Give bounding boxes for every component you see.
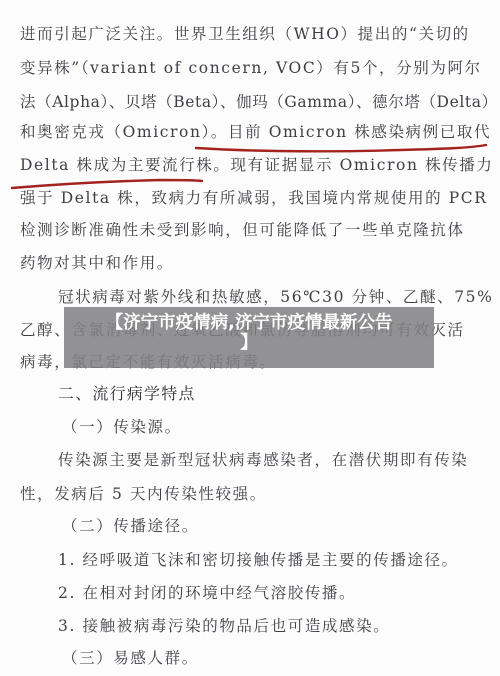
banner-title-line1: 【济宁市疫情病,济宁市疫情最新公告	[106, 313, 393, 333]
overlay-title-banner: 【济宁市疫情病,济宁市疫情最新公告 】	[64, 307, 434, 368]
subheading-source: （一）传染源。	[62, 417, 182, 437]
subheading-transmission: （二）传播途径。	[62, 516, 199, 536]
doc-line-9: 冠状病毒对紫外线和热敏感，56℃30 分钟、乙醚、75%	[58, 287, 493, 307]
doc-line-7: 检测诊断准确性未受到影响，但可能降低了一些单克隆抗体	[20, 220, 465, 240]
subheading-susceptible: （三）易感人群。	[62, 648, 199, 668]
doc-line-source-1: 传染源主要是新型冠状病毒感染者，在潜伏期即有传染	[58, 450, 468, 470]
banner-title-line2: 】	[240, 333, 258, 353]
doc-line-8: 药物对其中和作用。	[20, 253, 174, 273]
doc-line-4: 和奥密克戎（Omicron）。目前 Omicron 株感染病例已取代	[20, 122, 491, 142]
doc-line-source-2: 性，发病后 5 天内传染性较强。	[20, 484, 267, 504]
doc-line-2: 变异株”（variant of concern, VOC）有5个，分别为阿尔	[20, 58, 482, 78]
doc-line-1: 进而引起广泛关注。世界卫生组织（WHO）提出的“关切的	[20, 24, 470, 44]
doc-line-6: 强于 Delta 株，致病力有所减弱，我国境内常规使用的 PCR	[20, 188, 487, 208]
doc-line-3: 法（Alpha）、贝塔（Beta）、伽玛（Gamma）、德尔塔（Delta）	[20, 92, 498, 112]
document-page: 进而引起广泛关注。世界卫生组织（WHO）提出的“关切的 变异株”（variant…	[0, 0, 500, 676]
list-item-3: 3. 接触被病毒污染的物品后也可造成感染。	[58, 616, 390, 636]
doc-line-5: Delta 株成为主要流行株。现有证据显示 Omicron 株传播力	[20, 155, 493, 175]
list-item-1: 1. 经呼吸道飞沫和密切接触传播是主要的传播途径。	[58, 550, 459, 570]
section-heading: 二、流行病学特点	[58, 384, 196, 404]
list-item-2: 2. 在相对封闭的环境中经气溶胶传播。	[58, 583, 356, 603]
